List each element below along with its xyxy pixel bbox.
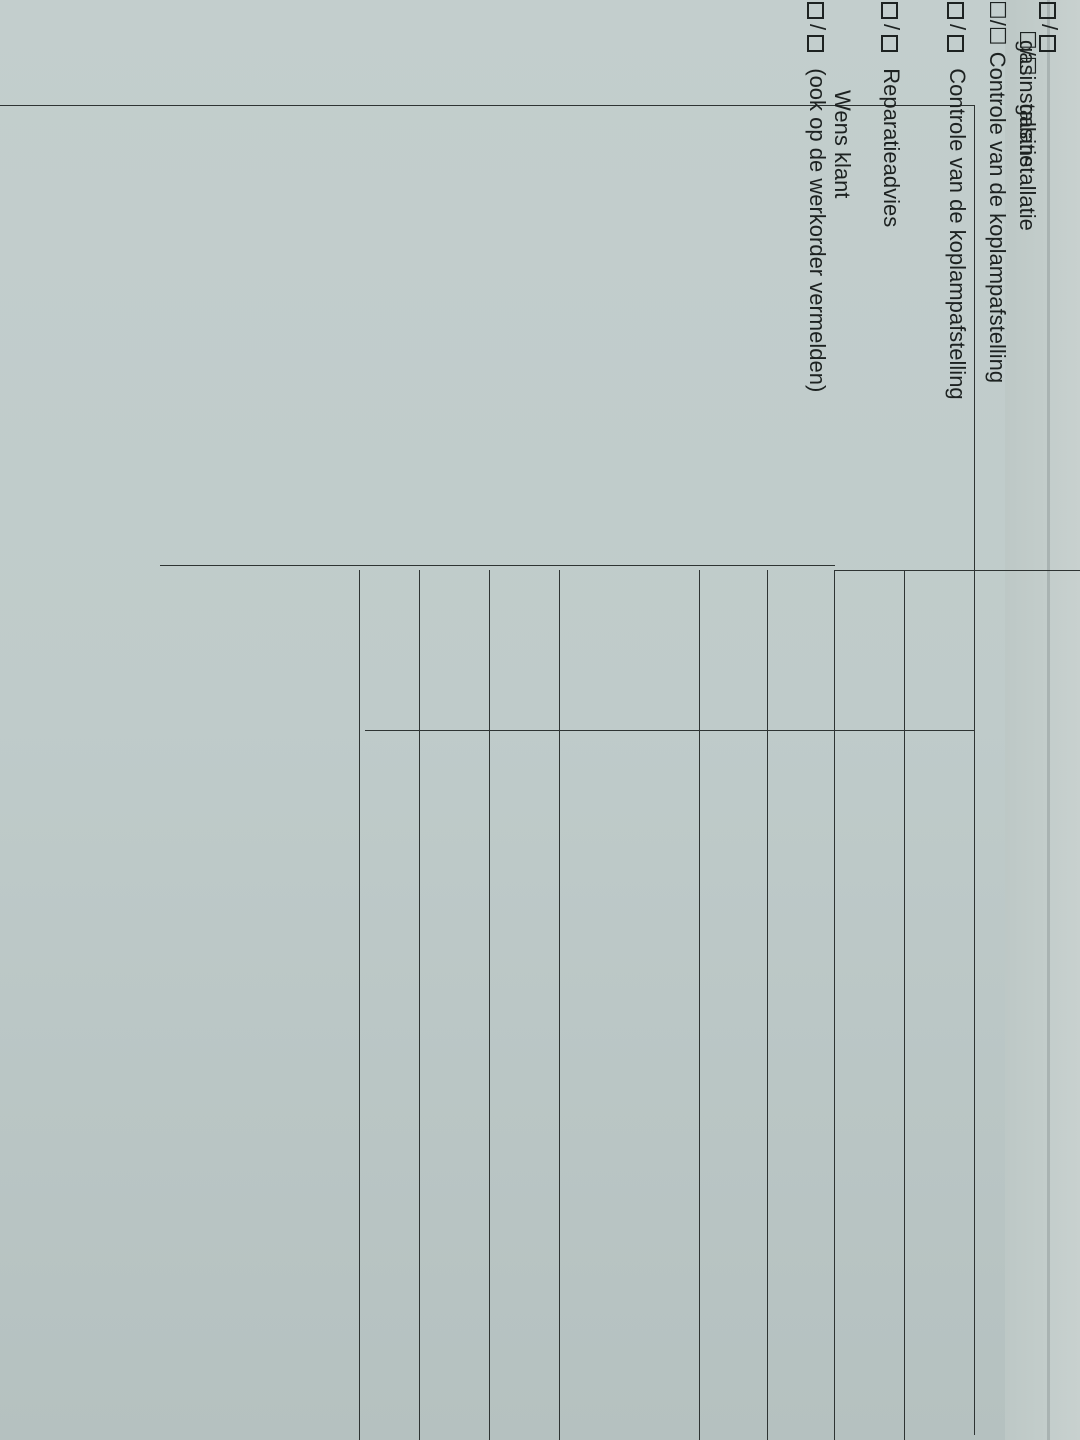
column-divider	[835, 570, 1080, 571]
divider	[767, 570, 768, 1440]
checkbox-yes[interactable]	[881, 2, 898, 19]
page-edge	[1047, 0, 1050, 1440]
checkbox-no[interactable]	[947, 35, 964, 52]
wens-klant-label: Wens klant	[829, 90, 855, 198]
row-reparatieadvies: / Reparatieadvies	[878, 0, 904, 227]
row-koplamp: ☐/☐ Controle van de koplampafstelling	[984, 0, 1010, 383]
divider	[699, 570, 700, 1440]
checkbox-no[interactable]	[881, 35, 898, 52]
row-label: (ook op de werkorder vermelden)	[805, 68, 830, 392]
checkbox-yes[interactable]	[1039, 2, 1056, 19]
checkbox-no[interactable]	[807, 35, 824, 52]
checkbox[interactable]: ☐/☐	[985, 0, 1010, 46]
checkbox-no[interactable]	[1039, 35, 1056, 52]
row-label: Controle van de koplampafstelling	[945, 68, 970, 399]
column-divider	[160, 565, 835, 566]
divider	[904, 570, 905, 1440]
divider	[834, 570, 835, 1440]
divider	[489, 570, 490, 1440]
divider	[419, 570, 420, 1440]
document-page: ☐/☐ gasinstallatie ☐/☐ Controle van de k…	[0, 0, 1080, 1440]
row-wens-klant: / (ook op de werkorder vermelden)	[804, 0, 830, 392]
gasinstallatie-label: gasinstallatie	[1014, 40, 1040, 167]
row-label: Controle van de koplampafstelling	[985, 52, 1010, 383]
column-divider	[365, 730, 975, 731]
divider	[559, 570, 560, 1440]
divider	[359, 570, 360, 1440]
checkbox-yes[interactable]	[947, 2, 964, 19]
checkbox-yes[interactable]	[807, 2, 824, 19]
row-koplampafstelling: / Controle van de koplampafstelling	[944, 0, 970, 400]
row-label: Reparatieadvies	[879, 68, 904, 227]
table-top-border	[974, 105, 975, 1435]
